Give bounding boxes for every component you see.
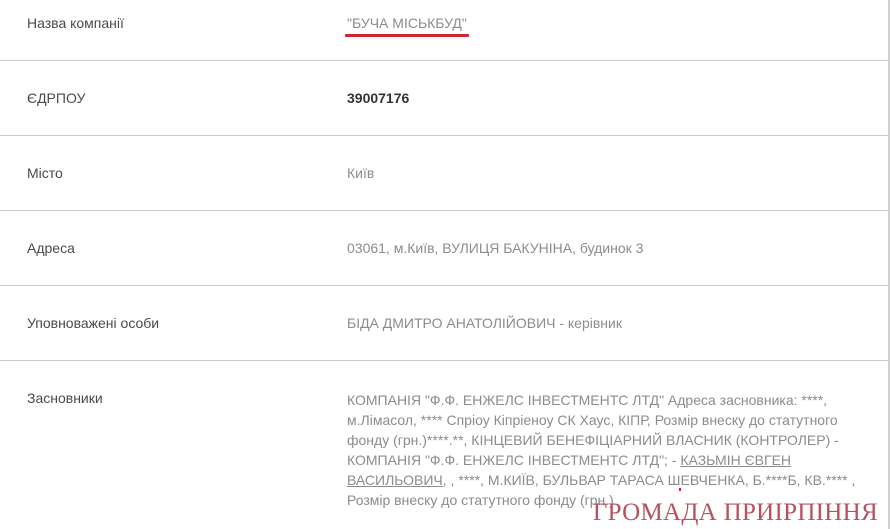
- watermark-text: ГРОМАДА ПРИІРПІННЯ: [593, 499, 878, 527]
- label-founders: Засновники: [27, 390, 103, 406]
- company-details-table: Назва компанії "БУЧА МІСЬКБУД" ЄДРПОУ 39…: [0, 0, 890, 529]
- value-edrpou: 39007176: [347, 90, 409, 106]
- value-authorized-persons: БІДА ДМИТРО АНАТОЛІЙОВИЧ - керівник: [347, 315, 622, 331]
- value-address: 03061, м.Київ, ВУЛИЦЯ БАКУНІНА, будинок …: [347, 240, 643, 256]
- row-authorized-persons: Уповноважені особи БІДА ДМИТРО АНАТОЛІЙО…: [0, 286, 888, 361]
- value-founders: КОМПАНІЯ "Ф.Ф. ЕНЖЕЛС ІНВЕСТМЕНТС ЛТД" А…: [347, 390, 857, 510]
- value-city: Київ: [347, 165, 374, 181]
- row-edrpou: ЄДРПОУ 39007176: [0, 61, 888, 136]
- value-company-name: "БУЧА МІСЬКБУД": [347, 15, 467, 31]
- row-company-name: Назва компанії "БУЧА МІСЬКБУД": [0, 0, 888, 61]
- row-address: Адреса 03061, м.Київ, ВУЛИЦЯ БАКУНІНА, б…: [0, 211, 888, 286]
- label-company-name: Назва компанії: [27, 15, 124, 31]
- label-address: Адреса: [27, 240, 75, 256]
- label-city: Місто: [27, 165, 63, 181]
- label-edrpou: ЄДРПОУ: [27, 90, 85, 106]
- row-city: Місто Київ: [0, 136, 888, 211]
- company-name-highlighted: "БУЧА МІСЬКБУД": [347, 15, 467, 31]
- label-authorized-persons: Уповноважені особи: [27, 315, 159, 331]
